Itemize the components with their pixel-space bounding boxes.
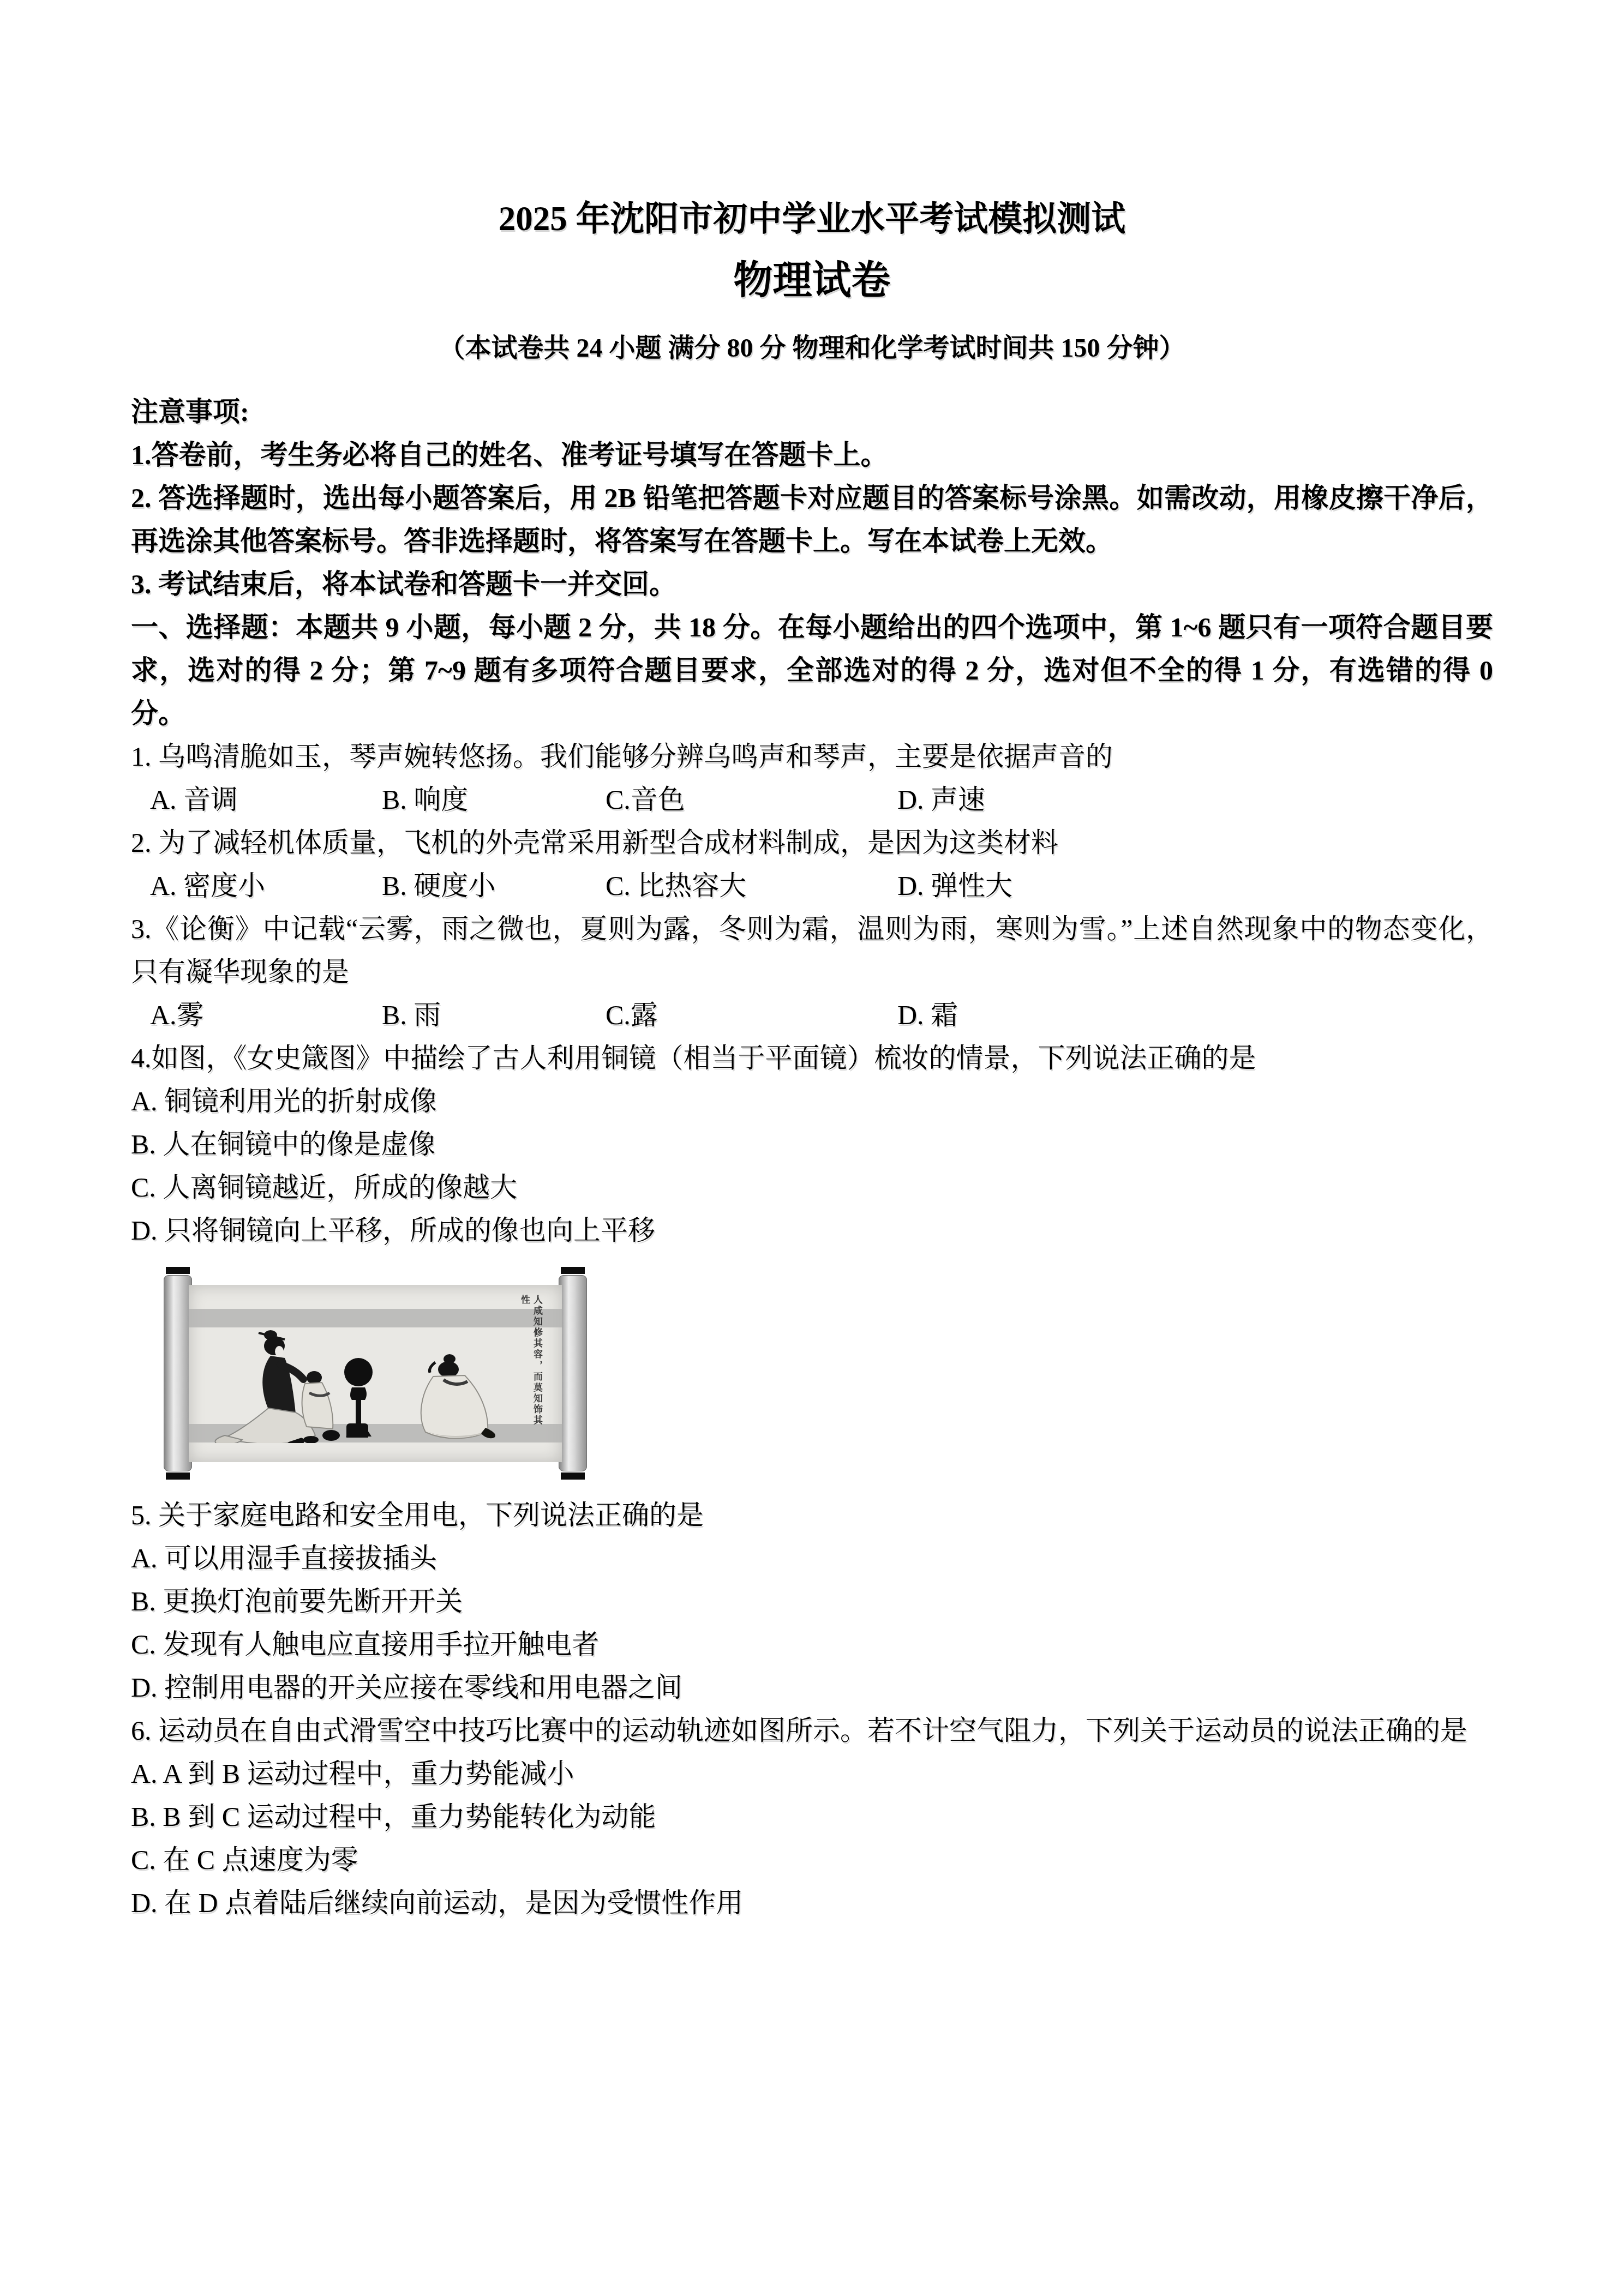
admonitions-scroll-figure: 人咸知修其容，而莫知饰其性 — [157, 1260, 594, 1486]
paper-meta-line: （本试卷共 24 小题 满分 80 分 物理和化学考试时间共 150 分钟） — [0, 333, 1624, 364]
question-1-option-c: C.音色 — [606, 778, 897, 821]
question-3-options: A.雾 B. 雨 C.露 D. 霜 — [131, 994, 1493, 1037]
scroll-roller-tab — [561, 1267, 585, 1274]
question-5-option-d: D. 控制用电器的开关应接在零线和用电器之间 — [131, 1666, 1493, 1709]
notes-item-2: 2. 答选择题时，选出每小题答案后，用 2B 铅笔把答题卡对应题目的答案标号涂黑… — [131, 477, 1493, 563]
question-5-option-b: B. 更换灯泡前要先断开开关 — [131, 1580, 1493, 1623]
question-6-text: 6. 运动员在自由式滑雪空中技巧比赛中的运动轨迹如图所示。若不计空气阻力，下列关… — [131, 1709, 1493, 1752]
scroll-left-roller — [164, 1275, 192, 1471]
question-2-option-d: D. 弹性大 — [897, 864, 1493, 907]
question-1-option-b: B. 响度 — [382, 778, 606, 821]
notes-item-3: 3. 考试结束后，将本试卷和答题卡一并交回。 — [131, 563, 1493, 606]
notes-item-1: 1.答卷前，考生务必将自己的姓名、准考证号填写在答题卡上。 — [131, 434, 1493, 477]
question-6-option-c: C. 在 C 点速度为零 — [131, 1838, 1493, 1882]
section-1-heading: 一、选择题：本题共 9 小题，每小题 2 分，共 18 分。在每小题给出的四个选… — [131, 606, 1493, 735]
question-3-option-b: B. 雨 — [382, 994, 606, 1037]
question-3-text: 3.《论衡》中记载“云雾，雨之微也，夏则为露，冬则为霜，温则为雨，寒则为雪。”上… — [131, 907, 1493, 994]
question-4-option-a: A. 铜镜利用光的折射成像 — [131, 1080, 1493, 1123]
scroll-calligraphy: 人咸知修其容，而莫知饰其性 — [518, 1295, 543, 1426]
question-6-option-a: A. A 到 B 运动过程中，重力势能减小 — [131, 1752, 1493, 1795]
scroll-roller-tab — [166, 1267, 190, 1274]
paper-body: 注意事项: 1.答卷前，考生务必将自己的姓名、准考证号填写在答题卡上。 2. 答… — [131, 390, 1493, 1925]
scroll-right-roller — [559, 1275, 587, 1471]
question-2-options: A. 密度小 B. 硬度小 C. 比热容大 D. 弹性大 — [131, 864, 1493, 907]
scroll-roller-tab — [561, 1472, 585, 1480]
question-5-text: 5. 关于家庭电路和安全用电，下列说法正确的是 — [131, 1494, 1493, 1537]
question-4-option-c: C. 人离铜镜越近，所成的像越大 — [131, 1166, 1493, 1209]
question-3-option-c: C.露 — [606, 994, 897, 1037]
paper-subject-title: 物理试卷 — [0, 258, 1624, 303]
question-4-option-b: B. 人在铜镜中的像是虚像 — [131, 1123, 1493, 1166]
question-4-text: 4.如图，《女史箴图》中描绘了古人利用铜镜（相当于平面镜）梳妆的情景，下列说法正… — [131, 1037, 1493, 1080]
question-2-option-b: B. 硬度小 — [382, 864, 606, 907]
question-3-option-a: A.雾 — [150, 994, 382, 1037]
notes-heading: 注意事项: — [131, 390, 1493, 434]
scroll-top-band — [189, 1309, 562, 1327]
question-1-option-a: A. 音调 — [150, 778, 382, 821]
header: 2025 年沈阳市初中学业水平考试模拟测试 物理试卷 （本试卷共 24 小题 满… — [0, 0, 1624, 364]
standing-lady-figure — [215, 1330, 317, 1443]
question-2-option-a: A. 密度小 — [150, 864, 382, 907]
exam-paper-page: 2025 年沈阳市初中学业水平考试模拟测试 物理试卷 （本试卷共 24 小题 满… — [0, 0, 1624, 2296]
question-3-option-d: D. 霜 — [897, 994, 1493, 1037]
question-6-option-b: B. B 到 C 运动过程中，重力势能转化为动能 — [131, 1795, 1493, 1838]
question-1-option-d: D. 声速 — [897, 778, 1493, 821]
question-2-option-c: C. 比热容大 — [606, 864, 897, 907]
scroll-paper: 人咸知修其容，而莫知饰其性 — [189, 1285, 562, 1462]
page-title: 2025 年沈阳市初中学业水平考试模拟测试 — [0, 199, 1624, 238]
question-1-text: 1. 乌鸣清脆如玉，琴声婉转悠扬。我们能够分辨乌鸣声和琴声，主要是依据声音的 — [131, 735, 1493, 778]
bronze-mirror-grooming-painting — [189, 1327, 562, 1443]
question-1-options: A. 音调 B. 响度 C.音色 D. 声速 — [131, 778, 1493, 821]
question-6-option-d: D. 在 D 点着陆后继续向前运动，是因为受惯性作用 — [131, 1882, 1493, 1925]
question-2-text: 2. 为了减轻机体质量，飞机的外壳常采用新型合成材料制成，是因为这类材料 — [131, 821, 1493, 864]
scroll-roller-tab — [166, 1472, 190, 1480]
question-5-option-c: C. 发现有人触电应直接用手拉开触电者 — [131, 1623, 1493, 1666]
seated-lady-figure — [421, 1354, 495, 1438]
question-4-option-d: D. 只将铜镜向上平移，所成的像也向上平移 — [131, 1209, 1493, 1252]
question-5-option-a: A. 可以用湿手直接拔插头 — [131, 1537, 1493, 1580]
